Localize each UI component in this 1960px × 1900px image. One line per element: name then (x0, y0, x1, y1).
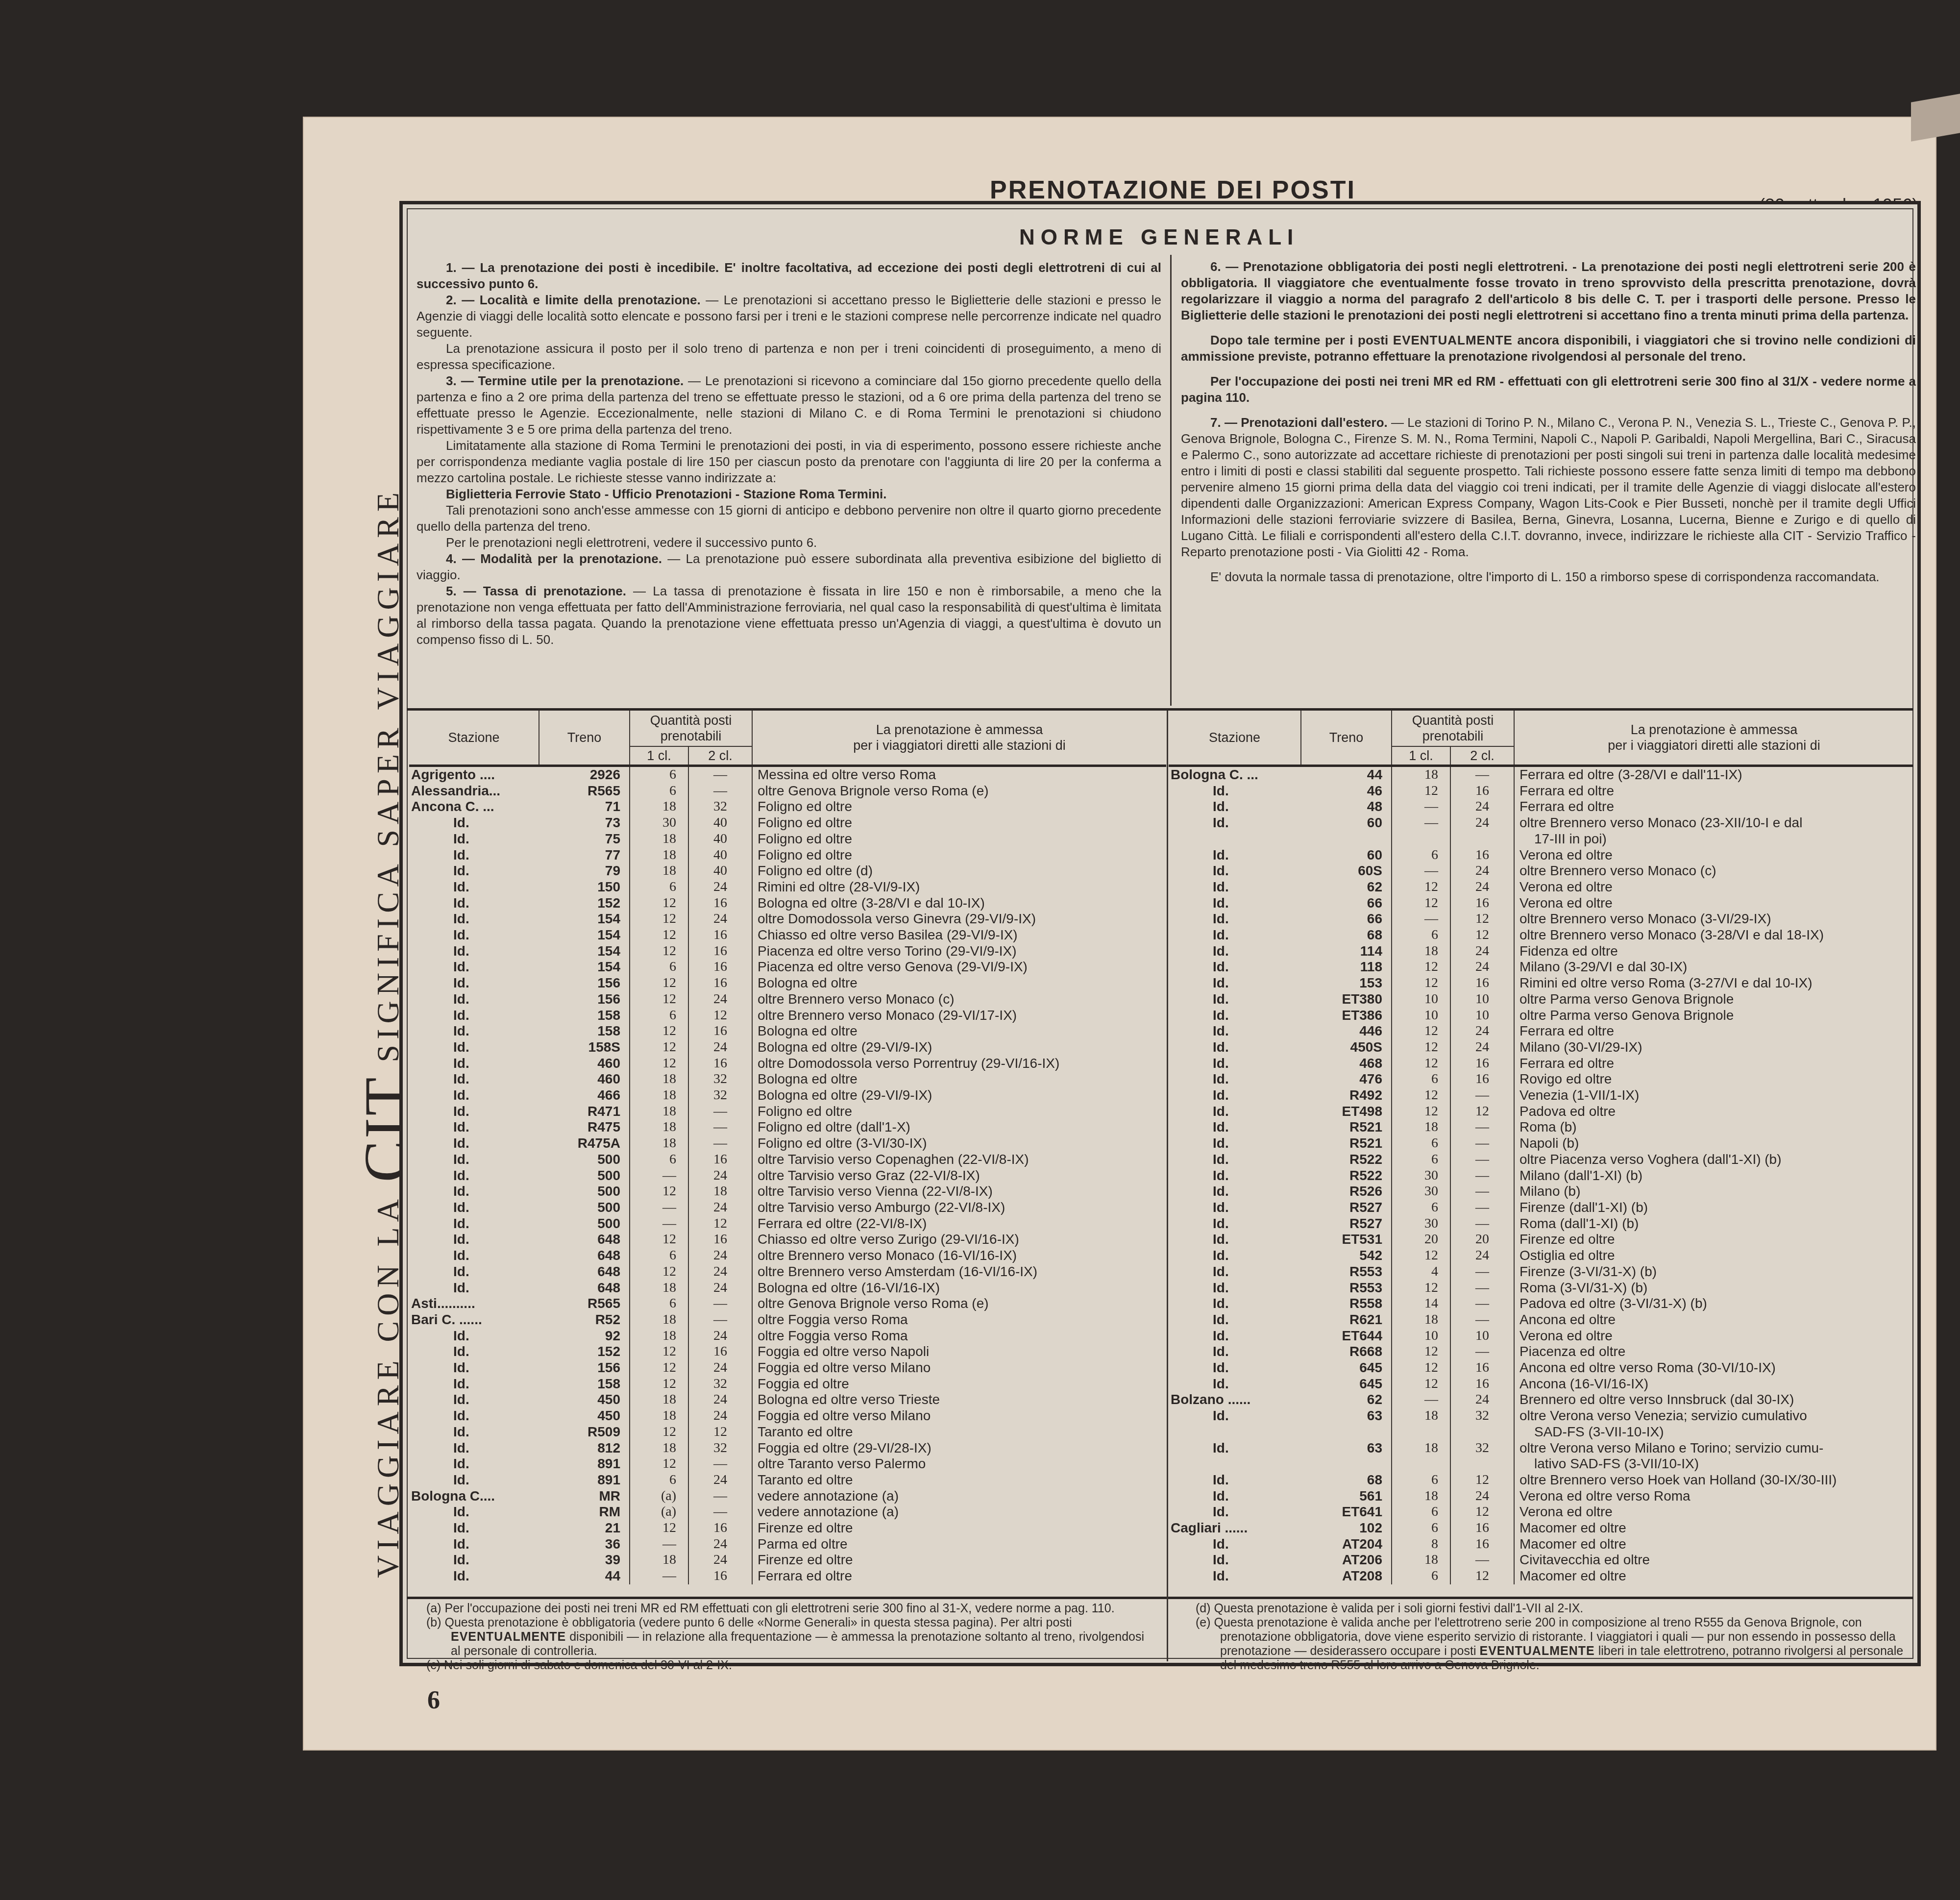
col-header-treno: Treno (1301, 711, 1392, 766)
train-number-cell: 73 (539, 815, 630, 831)
destination-cell: Messina ed oltre verso Roma (752, 766, 1166, 783)
table-row: Alessandria...R5656—oltre Genova Brignol… (409, 783, 1166, 799)
first-class-seats-cell: 12 (630, 943, 688, 960)
destination-cell: Verona ed oltre (1514, 1504, 1913, 1520)
station-cell: Id. (1169, 991, 1301, 1008)
second-class-seats-cell: 16 (1450, 1056, 1514, 1072)
table-row: Id.R47518—Foligno ed oltre (dall'1-X) (409, 1119, 1166, 1135)
destination-cell: oltre Genova Brignole verso Roma (e) (752, 1296, 1166, 1312)
destination-cell: Foligno ed oltre (752, 799, 1166, 815)
train-number-cell: 561 (1301, 1488, 1392, 1505)
table-row: Id.158612oltre Brennero verso Monaco (29… (409, 1008, 1166, 1024)
rule-7-tassa: E' dovuta la normale tassa di prenotazio… (1181, 569, 1916, 585)
first-class-seats-cell: 18 (1392, 1552, 1450, 1568)
second-class-seats-cell: 24 (1450, 863, 1514, 879)
col-header-quantita: Quantità posti prenotabili (630, 711, 752, 746)
second-class-seats-cell: 12 (688, 1008, 752, 1024)
table-row: Id.1561224oltre Brennero verso Monaco (c… (409, 991, 1166, 1008)
first-class-seats-cell: 18 (630, 1104, 688, 1120)
train-number-cell: 466 (539, 1087, 630, 1104)
station-cell: Alessandria... (409, 783, 539, 799)
station-cell: Id. (409, 1344, 539, 1360)
station-cell: Id. (1169, 1184, 1301, 1200)
station-cell: Id. (1169, 1152, 1301, 1168)
first-class-seats-cell: 12 (1392, 1280, 1450, 1296)
norme-left-column: 1. — La prenotazione dei posti è incedib… (416, 245, 1161, 648)
first-class-seats-cell: 18 (1392, 1119, 1450, 1135)
destination-cell: Bologna ed oltre (3-28/VI e dal 10-IX) (752, 895, 1166, 912)
table-row: Id.648624oltre Brennero verso Monaco (16… (409, 1248, 1166, 1264)
train-number-cell: 2926 (539, 766, 630, 783)
destination-cell: Ancona ed oltre (1514, 1312, 1913, 1328)
second-class-seats-cell: 16 (1450, 1520, 1514, 1536)
table-row: Id.1581232Foggia ed oltre (409, 1376, 1166, 1392)
first-class-seats-cell: 6 (630, 783, 688, 799)
second-class-seats-cell: 24 (688, 1552, 752, 1568)
table-row: Id.791840Foligno ed oltre (d) (409, 863, 1166, 879)
second-class-seats-cell: 24 (688, 1280, 752, 1296)
destination-cell: Venezia (1-VII/1-IX) (1514, 1087, 1913, 1104)
train-number-cell: 102 (1301, 1520, 1392, 1536)
destination-cell: oltre Tarvisio verso Amburgo (22-VI/8-IX… (752, 1200, 1166, 1216)
train-number-cell: 156 (539, 991, 630, 1008)
first-class-seats-cell: 12 (630, 927, 688, 943)
table-row: Id.RM(a)—vedere annotazione (a) (409, 1504, 1166, 1520)
station-cell: Id. (1169, 927, 1301, 943)
destination-cell: Piacenza ed oltre (1514, 1344, 1913, 1360)
second-class-seats-cell: 24 (1450, 943, 1514, 960)
station-cell: Id. (409, 911, 539, 927)
first-class-seats-cell: 18 (630, 1135, 688, 1152)
second-class-seats-cell: 16 (1450, 1376, 1514, 1392)
train-number-cell: 648 (539, 1264, 630, 1280)
first-class-seats-cell: 10 (1392, 991, 1450, 1008)
table-row: Id.R49212—Venezia (1-VII/1-IX) (1169, 1087, 1913, 1104)
station-cell: Id. (409, 895, 539, 912)
table-row: Id.1561224Foggia ed oltre verso Milano (409, 1360, 1166, 1376)
destination-cell: Bologna ed oltre (29-VI/9-IX) (752, 1087, 1166, 1104)
station-cell: Id. (1169, 975, 1301, 991)
train-number-cell: R521 (1301, 1119, 1392, 1135)
table-row: Id.211216Firenze ed oltre (409, 1520, 1166, 1536)
destination-cell: Verona ed oltre verso Roma (1514, 1488, 1913, 1505)
second-class-seats-cell: 32 (688, 1087, 752, 1104)
train-number-cell: 60 (1301, 847, 1392, 864)
table-row: Id.6481824Bologna ed oltre (16-VI/16-IX) (409, 1280, 1166, 1296)
destination-cell: Ferrara ed oltre (1514, 799, 1913, 815)
train-number-cell: 114 (1301, 943, 1392, 960)
table-row: Id.R5276—Firenze (dall'1-XI) (b) (1169, 1200, 1913, 1216)
second-class-seats-cell: 24 (1450, 1488, 1514, 1505)
first-class-seats-cell: 12 (1392, 1360, 1450, 1376)
destination-cell: Roma (b) (1514, 1119, 1913, 1135)
next-page-edge (1911, 94, 1960, 142)
first-class-seats-cell: 12 (1392, 1376, 1450, 1392)
train-number-cell: 68 (1301, 927, 1392, 943)
train-number-cell: 75 (539, 831, 630, 847)
first-class-seats-cell: — (630, 1216, 688, 1232)
destination-cell: Foggia ed oltre (752, 1376, 1166, 1392)
train-number-cell: 150 (539, 879, 630, 895)
station-cell: Id. (409, 1248, 539, 1264)
destination-cell: Foligno ed oltre (752, 831, 1166, 847)
station-cell: Id. (409, 1216, 539, 1232)
destination-cell: Roma (dall'1-XI) (b) (1514, 1216, 1913, 1232)
station-cell: Id. (1169, 1488, 1301, 1505)
table-row: Id.4661832Bologna ed oltre (29-VI/9-IX) (409, 1087, 1166, 1104)
train-number-cell: MR (539, 1488, 630, 1505)
reservation-table-left: Stazione Treno Quantità posti prenotabil… (409, 711, 1166, 1584)
station-cell: Id. (1169, 1376, 1301, 1392)
destination-cell: Milano (dall'1-XI) (b) (1514, 1168, 1913, 1184)
first-class-seats-cell: — (1392, 911, 1450, 927)
second-class-seats-cell: 32 (1450, 1408, 1514, 1440)
second-class-seats-cell: — (688, 766, 752, 783)
table-row: Id.36—24Parma ed oltre (409, 1536, 1166, 1553)
train-number-cell: 118 (1301, 959, 1392, 975)
first-class-seats-cell: 18 (1392, 943, 1450, 960)
second-class-seats-cell: 24 (688, 1264, 752, 1280)
station-cell: Id. (1169, 799, 1301, 815)
destination-cell: Firenze ed oltre (752, 1520, 1166, 1536)
station-cell: Id. (409, 1023, 539, 1039)
destination-cell: Foggia ed oltre verso Napoli (752, 1344, 1166, 1360)
train-number-cell: RM (539, 1504, 630, 1520)
destination-cell: Chiasso ed oltre verso Zurigo (29-VI/16-… (752, 1232, 1166, 1248)
first-class-seats-cell: — (630, 1168, 688, 1184)
station-cell: Id. (1169, 1200, 1301, 1216)
second-class-seats-cell: — (1450, 1119, 1514, 1135)
second-class-seats-cell: — (688, 1119, 752, 1135)
table-row: Id.733040Foligno ed oltre (409, 815, 1166, 831)
second-class-seats-cell: 32 (1450, 1440, 1514, 1472)
first-class-seats-cell: 6 (1392, 1200, 1450, 1216)
first-class-seats-cell: 12 (1392, 1248, 1450, 1264)
destination-cell: Ostiglia ed oltre (1514, 1248, 1913, 1264)
table-row: Id.68612oltre Brennero verso Monaco (3-2… (1169, 927, 1913, 943)
norme-right-column: 6. — Prenotazione obbligatoria dei posti… (1181, 259, 1916, 585)
table-row: Id.771840Foligno ed oltre (409, 847, 1166, 864)
station-cell: Id. (409, 1184, 539, 1200)
destination-cell: Firenze ed oltre (752, 1552, 1166, 1568)
train-number-cell: R522 (1301, 1168, 1392, 1184)
table-row: Id.158S1224Bologna ed oltre (29-VI/9-IX) (409, 1039, 1166, 1056)
col-header-quantita: Quantità posti prenotabili (1392, 711, 1514, 746)
destination-cell: Foligno ed oltre (752, 815, 1166, 831)
second-class-seats-cell: 20 (1450, 1232, 1514, 1248)
table-row: Id.AT204816Macomer ed oltre (1169, 1536, 1913, 1553)
rule-1: 1. — La prenotazione dei posti è incedib… (416, 260, 1161, 291)
table-row: Id.AT20618—Civitavecchia ed oltre (1169, 1552, 1913, 1568)
station-cell: Id. (1169, 1023, 1301, 1039)
station-cell: Agrigento .... (409, 766, 539, 783)
train-number-cell: 66 (1301, 895, 1392, 912)
table-row: Id.R47118—Foligno ed oltre (409, 1104, 1166, 1120)
table-row: Id.5001218oltre Tarvisio verso Vienna (2… (409, 1184, 1166, 1200)
train-number-cell: 48 (1301, 799, 1392, 815)
train-number-cell: 153 (1301, 975, 1392, 991)
destination-cell: Verona ed oltre (1514, 847, 1913, 864)
first-class-seats-cell: — (1392, 799, 1450, 815)
table-row: Id.6451216Ancona (16-VI/16-IX) (1169, 1376, 1913, 1392)
table-row: Id.1541216Piacenza ed oltre verso Torino… (409, 943, 1166, 960)
first-class-seats-cell: 12 (1392, 1023, 1450, 1039)
second-class-seats-cell: 12 (1450, 1472, 1514, 1488)
train-number-cell: AT208 (1301, 1568, 1392, 1584)
destination-cell: Milano (3-29/VI e dal 30-IX) (1514, 959, 1913, 975)
table-row: Id.500—12Ferrara ed oltre (22-VI/8-IX) (409, 1216, 1166, 1232)
first-class-seats-cell: 12 (630, 1456, 688, 1472)
first-class-seats-cell: 12 (1392, 1039, 1450, 1056)
first-class-seats-cell: 18 (630, 1392, 688, 1408)
station-cell: Id. (409, 959, 539, 975)
second-class-seats-cell: 12 (688, 1424, 752, 1440)
destination-cell: Verona ed oltre (1514, 879, 1913, 895)
first-class-seats-cell: 18 (1392, 1488, 1450, 1505)
train-number-cell: 500 (539, 1200, 630, 1216)
first-class-seats-cell: 30 (630, 815, 688, 831)
first-class-seats-cell: 12 (630, 1023, 688, 1039)
first-class-seats-cell: 18 (630, 863, 688, 879)
rule-3-address: Biglietteria Ferrovie Stato - Ufficio Pr… (446, 487, 887, 501)
second-class-seats-cell: 16 (1450, 975, 1514, 991)
rule-3-heading: 3. — Termine utile per la prenotazione. (446, 373, 684, 388)
first-class-seats-cell: 12 (1392, 783, 1450, 799)
train-number-cell: 648 (539, 1280, 630, 1296)
footnote-a: (a) Per l'occupazione dei posti nei tren… (426, 1602, 1156, 1616)
destination-cell: oltre Taranto verso Palermo (752, 1456, 1166, 1472)
table-row: Agrigento ....29266—Messina ed oltre ver… (409, 766, 1166, 783)
train-number-cell: ET498 (1301, 1104, 1392, 1120)
rule-2-extra: La prenotazione assicura il posto per il… (416, 341, 1161, 373)
station-cell: Id. (409, 847, 539, 864)
train-number-cell: 450S (1301, 1039, 1392, 1056)
table-row: Ancona C. ...711832Foligno ed oltre (409, 799, 1166, 815)
rule-7-heading: 7. — Prenotazioni dall'estero. (1210, 415, 1388, 430)
destination-cell: Bologna ed oltre (752, 1071, 1166, 1087)
station-cell: Id. (409, 1200, 539, 1216)
second-class-seats-cell: 24 (688, 911, 752, 927)
table-row: Id.4681216Ferrara ed oltre (1169, 1056, 1913, 1072)
second-class-seats-cell: — (1450, 1344, 1514, 1360)
destination-cell: Ancona (16-VI/16-IX) (1514, 1376, 1913, 1392)
station-cell: Id. (1169, 863, 1301, 879)
table-row: Id.4501824Foggia ed oltre verso Milano (409, 1408, 1166, 1424)
first-class-seats-cell: 12 (630, 1520, 688, 1536)
train-number-cell: R558 (1301, 1296, 1392, 1312)
table-row: Id.ET6441010Verona ed oltre (1169, 1328, 1913, 1344)
second-class-seats-cell: 16 (688, 895, 752, 912)
destination-cell: oltre Verona verso Milano e Torino; serv… (1514, 1440, 1913, 1472)
station-cell: Id. (1169, 1248, 1301, 1264)
second-class-seats-cell: 16 (688, 1344, 752, 1360)
station-cell: Id. (409, 1376, 539, 1392)
destination-cell: Ferrara ed oltre (22-VI/8-IX) (752, 1216, 1166, 1232)
train-number-cell: 645 (1301, 1360, 1392, 1376)
station-cell: Id. (1169, 815, 1301, 847)
train-number-cell: 36 (539, 1536, 630, 1553)
train-number-cell: R471 (539, 1104, 630, 1120)
table-row: Id.1581216Bologna ed oltre (409, 1023, 1166, 1039)
table-row: Id.89112—oltre Taranto verso Palermo (409, 1456, 1166, 1472)
train-number-cell: ET386 (1301, 1008, 1392, 1024)
train-number-cell: 158 (539, 1008, 630, 1024)
destination-cell: Firenze (dall'1-XI) (b) (1514, 1200, 1913, 1216)
table-row: Bolzano ......62—24Brennero ed oltre ver… (1169, 1392, 1913, 1408)
second-class-seats-cell: — (1450, 1152, 1514, 1168)
table-row: Id.R55814—Padova ed oltre (3-VI/31-X) (b… (1169, 1296, 1913, 1312)
second-class-seats-cell: 10 (1450, 1008, 1514, 1024)
first-class-seats-cell: 6 (630, 1472, 688, 1488)
destination-cell: Fidenza ed oltre (1514, 943, 1913, 960)
destination-cell: Bologna ed oltre (752, 1023, 1166, 1039)
train-number-cell: 158S (539, 1039, 630, 1056)
destination-cell: Rimini ed oltre verso Roma (3-27/VI e da… (1514, 975, 1913, 991)
train-number-cell: 891 (539, 1472, 630, 1488)
second-class-seats-cell: — (1450, 1135, 1514, 1152)
station-cell: Id. (409, 879, 539, 895)
first-class-seats-cell: 10 (1392, 1008, 1450, 1024)
train-number-cell: R668 (1301, 1344, 1392, 1360)
station-cell: Id. (409, 1408, 539, 1424)
second-class-seats-cell: 12 (1450, 1104, 1514, 1120)
first-class-seats-cell: 12 (1392, 959, 1450, 975)
destination-cell: oltre Brennero verso Monaco (23-XII/10-I… (1514, 815, 1913, 847)
station-cell: Id. (1169, 1280, 1301, 1296)
station-cell: Id. (1169, 1536, 1301, 1553)
second-class-seats-cell: — (1450, 1168, 1514, 1184)
table-row: Id.R5534—Firenze (3-VI/31-X) (b) (1169, 1264, 1913, 1280)
station-cell: Id. (409, 1008, 539, 1024)
second-class-seats-cell: 24 (1450, 1392, 1514, 1408)
table-row: Id.R55312—Roma (3-VI/31-X) (b) (1169, 1280, 1913, 1296)
rule-6: 6. — Prenotazione obbligatoria dei posti… (1181, 259, 1916, 323)
station-cell: Id. (409, 943, 539, 960)
train-number-cell: R475A (539, 1135, 630, 1152)
second-class-seats-cell: — (1450, 1296, 1514, 1312)
destination-cell: Rimini ed oltre (28-VI/9-IX) (752, 879, 1166, 895)
train-number-cell: 468 (1301, 1056, 1392, 1072)
train-number-cell: 460 (539, 1071, 630, 1087)
first-class-seats-cell: 6 (1392, 1472, 1450, 1488)
second-class-seats-cell: 10 (1450, 1328, 1514, 1344)
destination-cell: Foggia ed oltre (29-VI/28-IX) (752, 1440, 1166, 1456)
destination-cell: oltre Verona verso Venezia; servizio cum… (1514, 1408, 1913, 1440)
table-row: Id.461216Ferrara ed oltre (1169, 783, 1913, 799)
first-class-seats-cell: 18 (630, 1087, 688, 1104)
station-cell: Id. (409, 1071, 539, 1087)
station-cell: Id. (1169, 1312, 1301, 1328)
table-row: Id.150624Rimini ed oltre (28-VI/9-IX) (409, 879, 1166, 895)
table-row: Id.6451216Ancona ed oltre verso Roma (30… (1169, 1360, 1913, 1376)
first-class-seats-cell: 8 (1392, 1536, 1450, 1553)
rule-4-heading: 4. — Modalità per la prenotazione. (446, 551, 662, 566)
second-class-seats-cell: — (688, 1488, 752, 1505)
train-number-cell: 79 (539, 863, 630, 879)
first-class-seats-cell: 6 (630, 1296, 688, 1312)
station-cell: Id. (1169, 1344, 1301, 1360)
table-row: Id.60616Verona ed oltre (1169, 847, 1913, 864)
first-class-seats-cell: — (1392, 863, 1450, 879)
train-number-cell: AT204 (1301, 1536, 1392, 1553)
second-class-seats-cell: 24 (1450, 1039, 1514, 1056)
station-cell: Id. (1169, 943, 1301, 960)
table-row: Id.AT208612Macomer ed oltre (1169, 1568, 1913, 1584)
station-cell: Id. (409, 1280, 539, 1296)
first-class-seats-cell: 12 (630, 1344, 688, 1360)
table-row: Id.4501824Bologna ed oltre verso Trieste (409, 1392, 1166, 1408)
destination-cell: oltre Tarvisio verso Copenaghen (22-VI/8… (752, 1152, 1166, 1168)
second-class-seats-cell: — (1450, 1200, 1514, 1216)
first-class-seats-cell: 12 (630, 1184, 688, 1200)
station-cell: Id. (409, 831, 539, 847)
table-row: Id.R66812—Piacenza ed oltre (1169, 1344, 1913, 1360)
table-row: Id.R52118—Roma (b) (1169, 1119, 1913, 1135)
first-class-seats-cell: 12 (1392, 1056, 1450, 1072)
destination-cell: oltre Brennero verso Monaco (3-28/VI e d… (1514, 927, 1913, 943)
first-class-seats-cell: 12 (630, 911, 688, 927)
table-row: Id.60S—24oltre Brennero verso Monaco (c) (1169, 863, 1913, 879)
second-class-seats-cell: 40 (688, 863, 752, 879)
footnotes-left: (a) Per l'occupazione dei posti nei tren… (426, 1602, 1156, 1673)
first-class-seats-cell: 18 (630, 1552, 688, 1568)
destination-cell: oltre Tarvisio verso Vienna (22-VI/8-IX) (752, 1184, 1166, 1200)
destination-cell: Bologna ed oltre (752, 975, 1166, 991)
rule-3-anticipo: Tali prenotazioni sono anch'esse ammesse… (416, 502, 1161, 535)
station-cell: Id. (409, 1424, 539, 1440)
station-cell: Bologna C. ... (1169, 766, 1301, 783)
second-class-seats-cell: 24 (1450, 879, 1514, 895)
destination-cell: Civitavecchia ed oltre (1514, 1552, 1913, 1568)
rule-2-heading: 2. — Località e limite della prenotazion… (446, 293, 701, 307)
table-row: Id.4461224Ferrara ed oltre (1169, 1023, 1913, 1039)
train-number-cell: R553 (1301, 1264, 1392, 1280)
train-number-cell: R475 (539, 1119, 630, 1135)
first-class-seats-cell: 6 (1392, 1504, 1450, 1520)
destination-cell: oltre Brennero verso Monaco (16-VI/16-IX… (752, 1248, 1166, 1264)
train-number-cell: 62 (1301, 1392, 1392, 1408)
destination-cell: Rovigo ed oltre (1514, 1071, 1913, 1087)
table-row: Cagliari ......102616Macomer ed oltre (1169, 1520, 1913, 1536)
second-class-seats-cell: — (688, 1296, 752, 1312)
second-class-seats-cell: 24 (1450, 1248, 1514, 1264)
second-class-seats-cell: 10 (1450, 991, 1514, 1008)
table-row: Id.5611824Verona ed oltre verso Roma (1169, 1488, 1913, 1505)
table-row: Id.154616Piacenza ed oltre verso Genova … (409, 959, 1166, 975)
train-number-cell: R52 (539, 1312, 630, 1328)
table-row: Id.R475A18—Foligno ed oltre (3-VI/30-IX) (409, 1135, 1166, 1152)
first-class-seats-cell: 10 (1392, 1328, 1450, 1344)
second-class-seats-cell: 16 (1450, 1360, 1514, 1376)
second-class-seats-cell: — (688, 783, 752, 799)
train-number-cell: ET531 (1301, 1232, 1392, 1248)
destination-cell: Ferrara ed oltre (1514, 1056, 1913, 1072)
train-number-cell: 39 (539, 1552, 630, 1568)
destination-cell: oltre Brennero verso Monaco (c) (1514, 863, 1913, 879)
first-class-seats-cell: 18 (630, 1312, 688, 1328)
second-class-seats-cell: — (1450, 1087, 1514, 1104)
station-cell: Id. (409, 1168, 539, 1184)
table-row: Id.R5226—oltre Piacenza verso Voghera (d… (1169, 1152, 1913, 1168)
destination-cell: Bologna ed oltre verso Trieste (752, 1392, 1166, 1408)
train-number-cell: 500 (539, 1184, 630, 1200)
table-row: Id.1541224oltre Domodossola verso Ginevr… (409, 911, 1166, 927)
first-class-seats-cell: 12 (1392, 1344, 1450, 1360)
col-header-stazione: Stazione (1169, 711, 1301, 766)
reservation-table-right: Stazione Treno Quantità posti prenotabil… (1169, 711, 1913, 1584)
station-cell: Id. (409, 1520, 539, 1536)
train-number-cell: 154 (539, 943, 630, 960)
